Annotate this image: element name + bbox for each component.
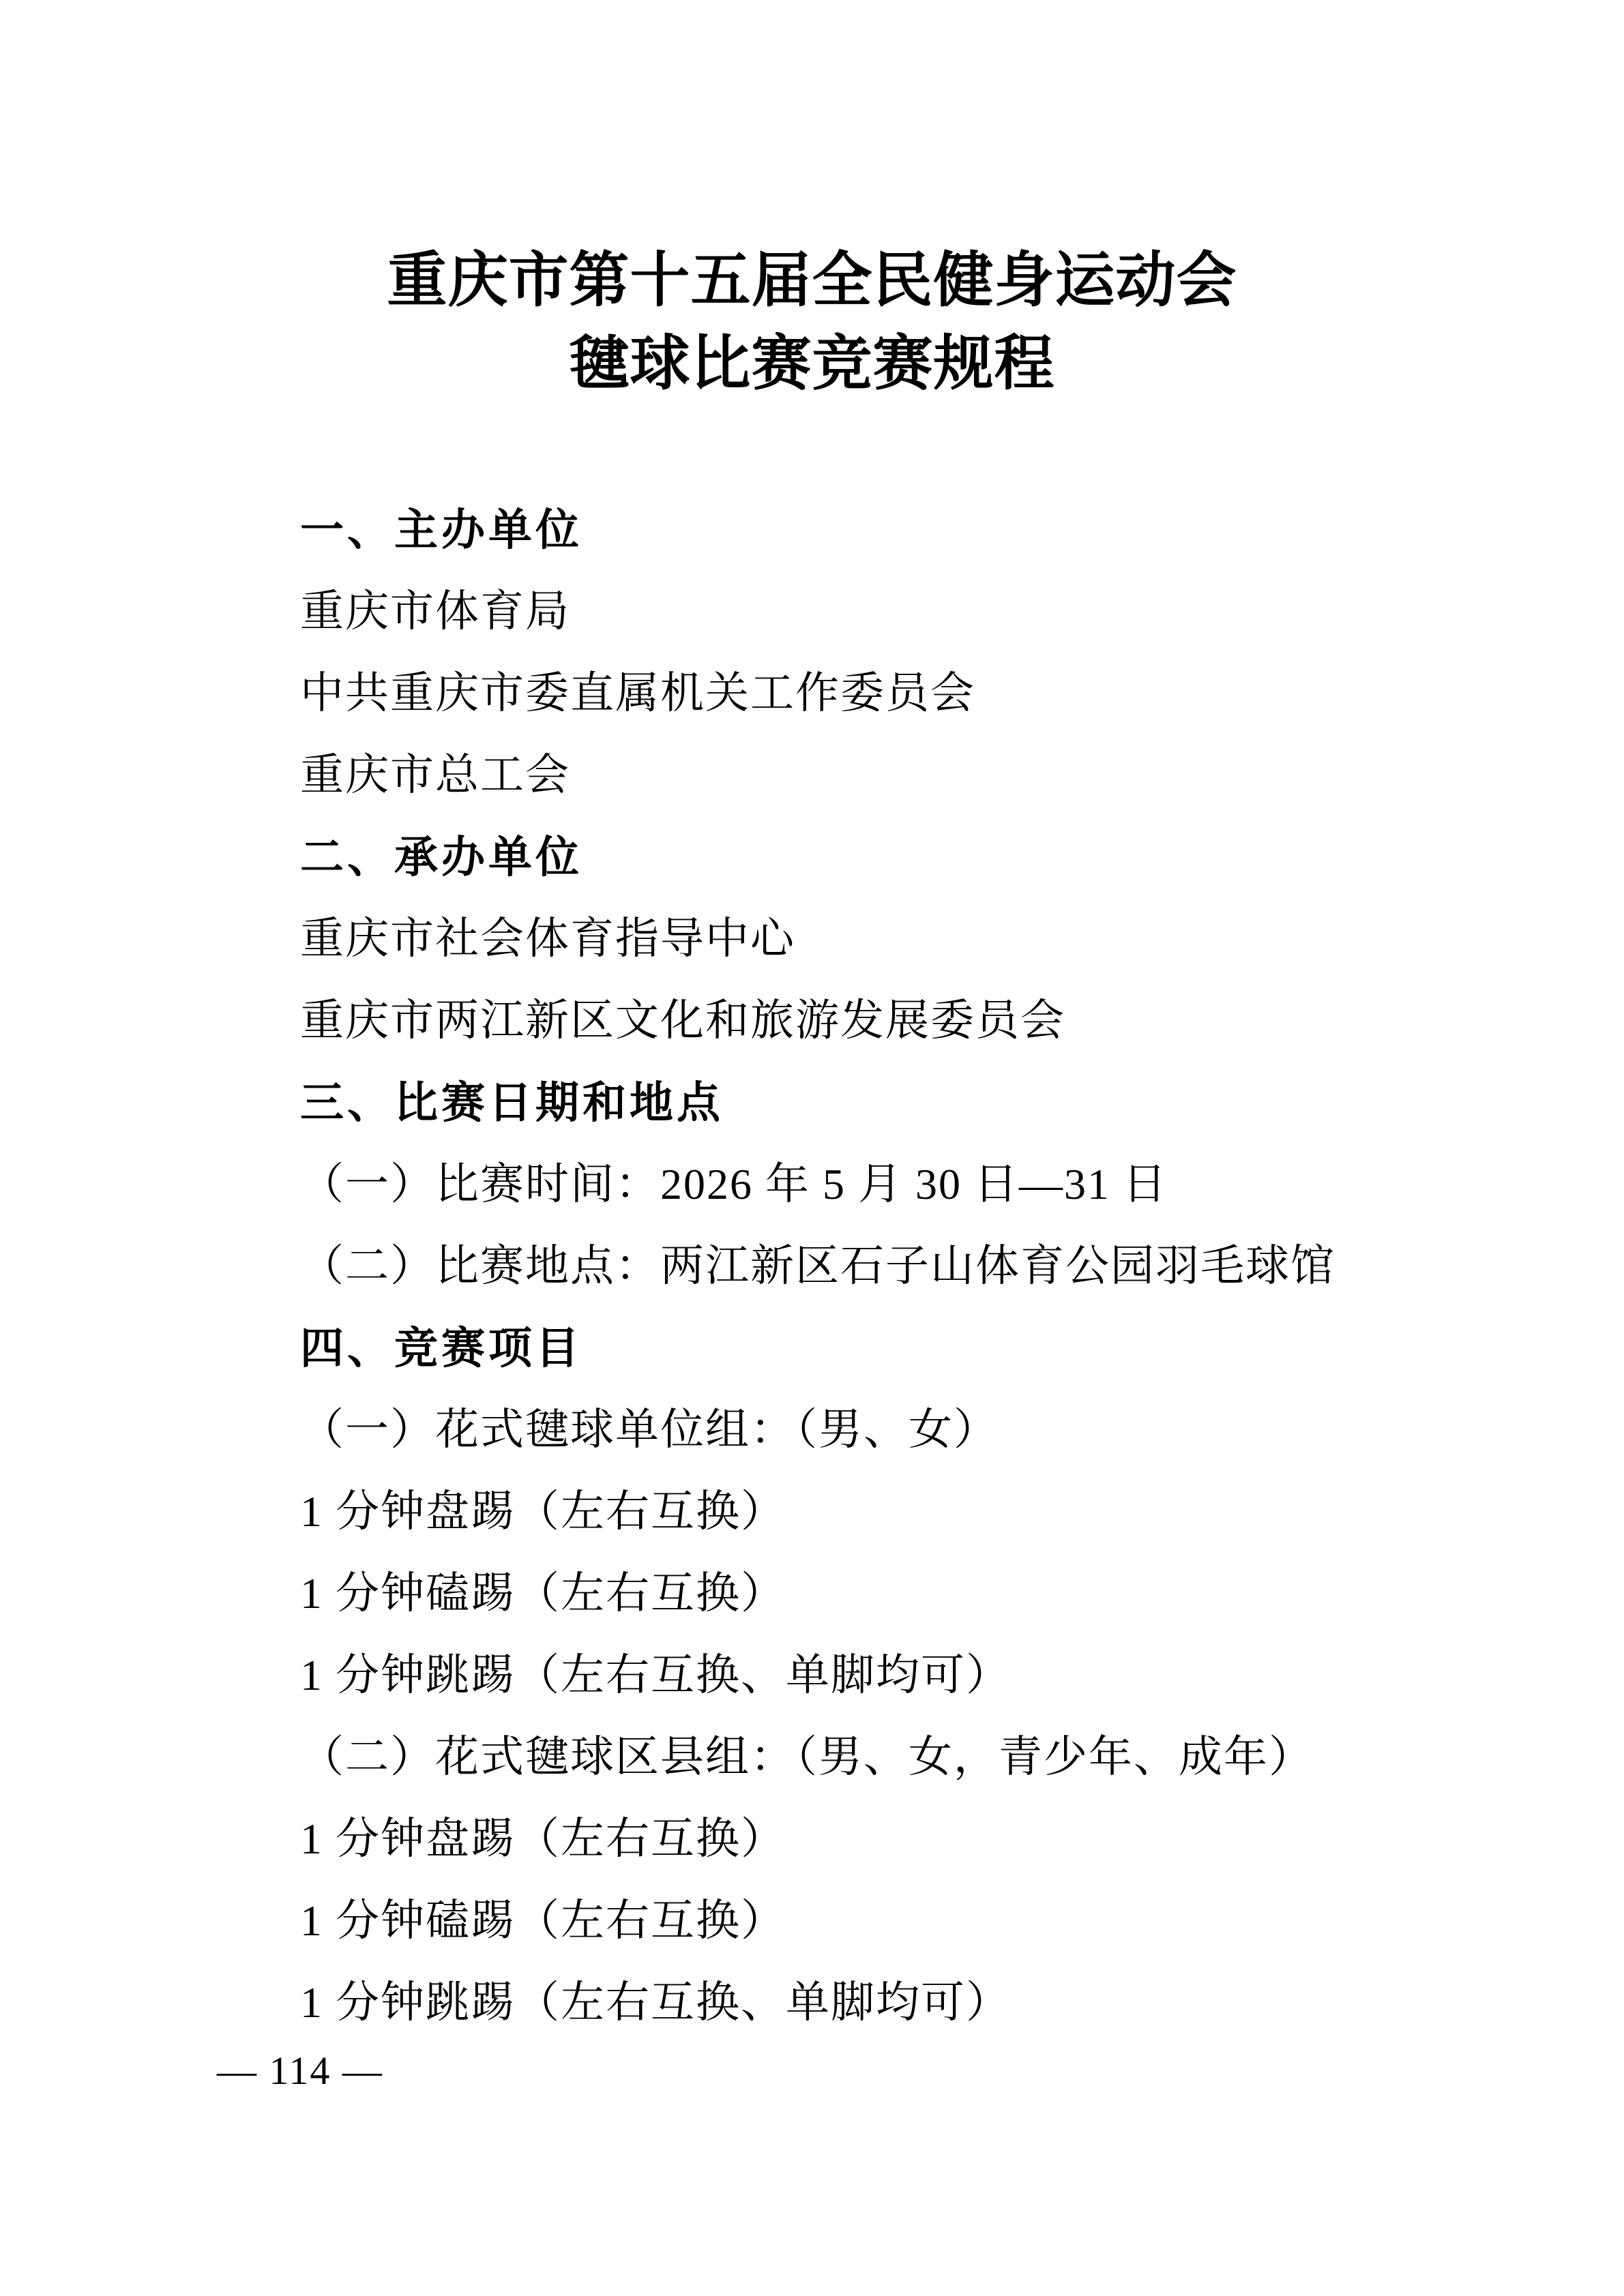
document-body: 一、主办单位 重庆市体育局 中共重庆市委直属机关工作委员会 重庆市总工会 二、承… [300,489,1391,2044]
organizing-unit-1: 重庆市社会体育指导中心 [300,898,1391,980]
document-title-line-2: 毽球比赛竞赛规程 [0,323,1624,406]
document-page: 重庆市第十五届全民健身运动会 毽球比赛竞赛规程 一、主办单位 重庆市体育局 中共… [0,0,1624,2296]
document-title-line-1: 重庆市第十五届全民健身运动会 [0,240,1624,323]
section-3-heading-date-location: 三、比赛日期和地点 [300,1062,1391,1144]
section-4-heading-events: 四、竞赛项目 [300,1307,1391,1389]
competition-time-line: （一）比赛时间：2026 年 5 月 30 日—31 日 [300,1144,1391,1225]
event-group-1-item-1: 1 分钟盘踢（左右互换） [300,1471,1391,1553]
event-group-2-item-2: 1 分钟磕踢（左右互换） [300,1880,1391,1962]
event-group-1-item-3: 1 分钟跳踢（左右互换、单脚均可） [300,1635,1391,1716]
section-1-heading-host-units: 一、主办单位 [300,489,1391,571]
document-title: 重庆市第十五届全民健身运动会 毽球比赛竞赛规程 [0,240,1624,406]
page-number: — 114 — [217,2044,383,2098]
host-unit-3: 重庆市总工会 [300,734,1391,816]
host-unit-1: 重庆市体育局 [300,571,1391,653]
section-2-heading-organizing-units: 二、承办单位 [300,816,1391,898]
host-unit-2: 中共重庆市委直属机关工作委员会 [300,653,1391,734]
event-group-2-title: （二）花式毽球区县组：（男、女，青少年、成年） [300,1716,1391,1798]
event-group-2-item-1: 1 分钟盘踢（左右互换） [300,1798,1391,1880]
event-group-1-item-2: 1 分钟磕踢（左右互换） [300,1553,1391,1635]
competition-venue-line: （二）比赛地点：两江新区石子山体育公园羽毛球馆 [300,1225,1391,1307]
event-group-2-item-3: 1 分钟跳踢（左右互换、单脚均可） [300,1962,1391,2044]
event-group-1-title: （一）花式毽球单位组：（男、女） [300,1389,1391,1471]
organizing-unit-2: 重庆市两江新区文化和旅游发展委员会 [300,980,1391,1062]
